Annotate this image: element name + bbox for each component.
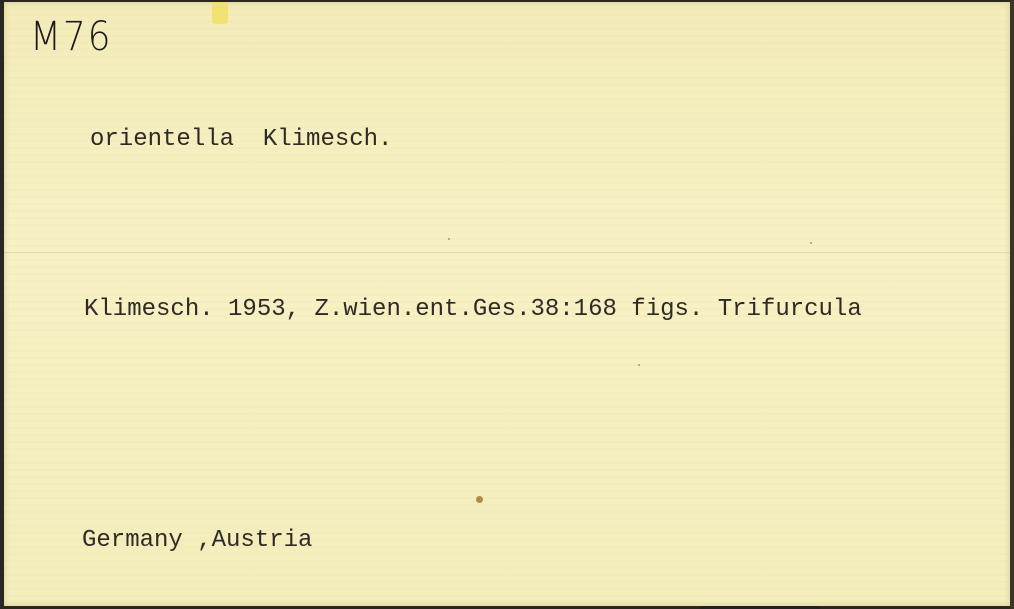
- handwritten-catalog-code: M76: [30, 14, 112, 60]
- card-fold-line: [4, 252, 1010, 253]
- distribution-line: Germany ,Austria: [82, 527, 312, 554]
- species-name-line: orientella Klimesch.: [90, 126, 392, 153]
- ink-spot: [476, 496, 483, 503]
- paper-speck: [810, 242, 812, 244]
- paper-speck: [638, 364, 640, 366]
- reference-citation-line: Klimesch. 1953, Z.wien.ent.Ges.38:168 fi…: [84, 296, 862, 323]
- card-right-edge: [1010, 0, 1014, 609]
- yellow-tab-mark: [212, 2, 228, 24]
- paper-speck: [448, 238, 450, 240]
- index-card: M76 orientella Klimesch. Klimesch. 1953,…: [4, 2, 1010, 606]
